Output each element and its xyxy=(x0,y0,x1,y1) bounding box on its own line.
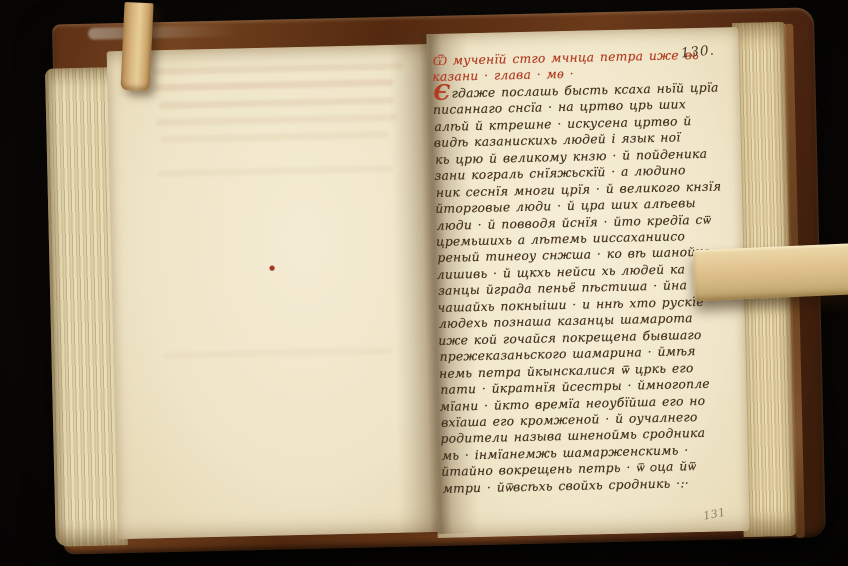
wooden-stick-bookmark-top xyxy=(120,2,153,91)
wooden-stick-bookmark-right xyxy=(693,241,848,301)
open-manuscript-book: Ѿ мученїй стго мчнца петра иже вьказани … xyxy=(32,7,834,563)
rubricated-initial: Є xyxy=(433,79,451,104)
photo-background: Ѿ мученїй стго мчнца петра иже вьказани … xyxy=(0,0,848,566)
cover-wear-mark xyxy=(88,24,238,39)
folio-number-top: 130. xyxy=(680,42,715,61)
red-ink-dot xyxy=(270,266,275,271)
